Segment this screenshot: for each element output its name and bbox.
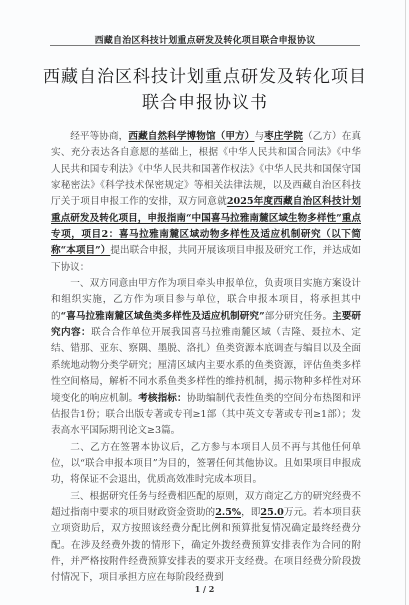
page-number: 1 / 2 <box>0 584 409 594</box>
document-body: 经平等协商，西藏自然科学博物馆（甲方）与枣庄学院（乙方）在真实、充分表达各自意愿… <box>51 129 361 587</box>
clause-3: 三、根据研究任务与经费相匹配的原则，双方商定乙方的研究经费不超过指南中要求的项目… <box>51 489 361 587</box>
clause-2: 二、乙方在签署本协议后，乙方参与本项目人员不再与其他任何单位，以“联合申报本项目… <box>51 440 361 489</box>
document-subtitle: 联合申报协议书 <box>40 88 370 113</box>
document-page: 西藏自治区科技计划重点研发及转化项目联合申报协议 西藏自治区科技计划重点研发及转… <box>0 0 409 605</box>
task-name: “喜马拉雅南麓区域鱼类多样性及适应机制研究” <box>61 311 265 322</box>
party-b: 枣庄学院 <box>264 131 303 142</box>
intro-paragraph: 经平等协商，西藏自然科学博物馆（甲方）与枣庄学院（乙方）在真实、充分表达各自意愿… <box>51 129 361 276</box>
clause-text: 万元。若本项目获立项资助后，双方按照该经费分配比例和预算批复情况确定最终经费分配… <box>51 507 361 583</box>
page-edge <box>405 0 406 605</box>
funding-amount: 25.0 <box>260 507 283 518</box>
document-title: 西藏自治区科技计划重点研发及转化项目 <box>40 62 370 87</box>
funding-percent: 2.5% <box>215 507 241 518</box>
intro-text: 经平等协商， <box>70 131 128 142</box>
header-rule <box>50 45 360 46</box>
clause-1: 一、双方同意由甲方作为项目牵头申报单位，负责项目实施方案设计和组织实施，乙方作为… <box>51 276 361 439</box>
intro-text: 与 <box>254 131 264 142</box>
party-a: 西藏自然科学博物馆（甲方） <box>128 131 254 142</box>
clause-text: ，即 <box>241 507 260 518</box>
clause-text: 部分研究任务。 <box>265 311 333 322</box>
indicator-label: 考核指标： <box>138 393 186 404</box>
